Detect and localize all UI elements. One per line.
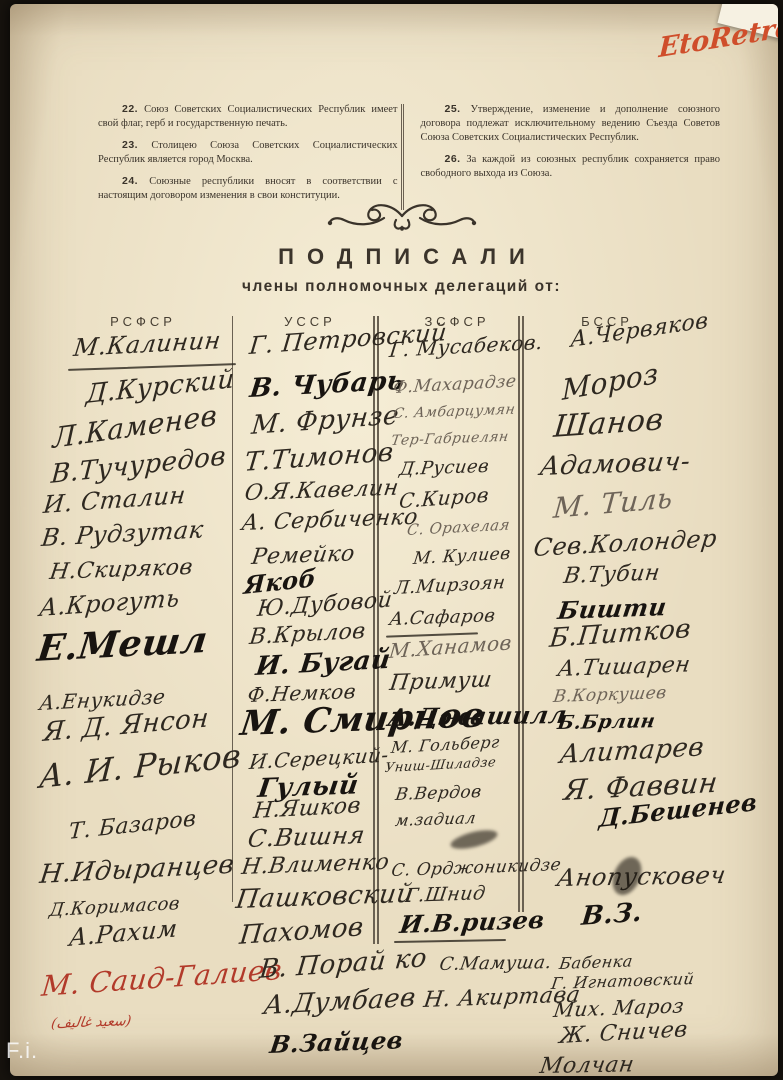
signature: Примуш	[388, 667, 494, 696]
column-divider-rule	[401, 104, 404, 210]
table-rule-right	[518, 316, 520, 912]
signature: Е.Мешл	[35, 619, 210, 670]
article-number: 26.	[445, 153, 461, 165]
signature: Адамович-	[538, 447, 692, 482]
article-number: 25.	[445, 103, 461, 115]
signature: В.З.	[580, 897, 644, 932]
signature: Анопусковеч	[555, 861, 728, 892]
signature: М. Тиль	[552, 481, 674, 525]
articles-left-column: 22. Союз Советских Социалистических Респ…	[98, 102, 398, 210]
signature: М. Саид-Галиев	[40, 953, 284, 1003]
signature: С. Орахелая	[406, 515, 511, 539]
signature: Г. Игнатовский	[550, 969, 696, 993]
signature: В.Зайцев	[268, 1025, 405, 1059]
signature: А.Думбаев	[262, 983, 418, 1021]
signature: С. Орджоникидзе	[390, 855, 563, 881]
signature: С.Вишня	[246, 821, 367, 853]
article-text: Союз Советских Социалистических Республи…	[98, 104, 398, 129]
signature: А.Тишарен	[556, 652, 692, 682]
signature: А.Сафаров	[388, 605, 497, 630]
article-paragraph: 26. За каждой из союзных республик сохра…	[421, 152, 721, 181]
signature: А.Рахим	[68, 914, 179, 952]
signature: (سعيد غاليف)	[50, 1013, 132, 1032]
signature: м.задиал	[394, 808, 477, 830]
signature: Тер-Габриелян	[390, 429, 510, 449]
signature: Б.Брлин	[556, 710, 657, 734]
article-paragraph: 25. Утверждение, изменение и дополнение …	[421, 102, 721, 145]
signature: Н.Влименко	[240, 850, 391, 880]
signature: Ф.Махарадзе	[392, 371, 518, 398]
signature: Шанов	[552, 402, 665, 445]
article-paragraph: 22. Союз Советских Социалистических Респ…	[98, 102, 398, 131]
signature: Пашковский	[234, 879, 416, 915]
signature: А.Джашилл	[386, 700, 569, 732]
signature: В.Крылов	[248, 619, 367, 650]
signature: Н.Яшков	[252, 793, 362, 824]
signature: Молчан	[538, 1052, 636, 1076]
signature: Н.Скиряков	[48, 555, 195, 585]
signature: В.Коркушев	[552, 683, 668, 707]
signature: Униш-Шиладзе	[384, 755, 497, 776]
signature: М.Калинин	[72, 326, 223, 362]
column-header-зсфср: ЗСФСР	[424, 314, 489, 329]
signature: С.Мамуша.	[438, 952, 553, 975]
article-text: Утверждение, изменение и дополнение союз…	[421, 104, 721, 143]
signature: Н.Идыранцев	[38, 850, 236, 890]
signature: Г.Шнид	[404, 882, 487, 907]
signature: В. Чубарь	[248, 366, 406, 404]
corner-label: F.i.	[6, 1038, 38, 1064]
signature: С.Киров	[398, 482, 490, 513]
signed-heading: ПОДПИСАЛИ	[10, 244, 778, 270]
article-paragraph: 23. Столицею Союза Советских Социалистич…	[98, 138, 398, 167]
article-number: 24.	[122, 175, 138, 187]
signature: С. Амбарцумян	[392, 402, 516, 422]
signature: О.Я.Кавелин	[243, 475, 400, 506]
signature: Л.Мирзоян	[393, 572, 507, 599]
signature: В. Рудзутак	[40, 515, 205, 552]
article-number: 22.	[122, 103, 138, 115]
delegations-subheading: члены полномочных делегаций от:	[10, 278, 778, 296]
signature: И.Серецкий-	[248, 743, 390, 774]
document-page: 22. Союз Советских Социалистических Респ…	[10, 4, 778, 1076]
signature: И. Бугай	[254, 645, 392, 682]
signature: В.Тубин	[562, 561, 662, 589]
article-text: Столицею Союза Советских Социалистически…	[98, 140, 398, 165]
signature: Д.Русиев	[398, 456, 491, 480]
signature: Ж. Сничев	[558, 1017, 689, 1049]
signature: В. Порай ко	[258, 943, 429, 985]
signature: В.Вердов	[394, 782, 483, 805]
signature: Мороз	[562, 356, 659, 407]
signature: Т. Базаров	[68, 806, 197, 845]
table-rule-left	[232, 316, 233, 902]
articles-right-column: 25. Утверждение, изменение и дополнение …	[407, 102, 721, 210]
signature: А. Сербиченко	[240, 505, 420, 536]
signature: А.Крогуть	[38, 584, 181, 622]
column-header-рсфср: РСФСР	[110, 314, 176, 329]
pen-stroke	[394, 939, 506, 943]
ornament-flourish	[322, 196, 482, 236]
signature: И.В.ризев	[398, 905, 547, 939]
signature: М. Фрунзе	[250, 400, 400, 441]
signature: Бабенка	[558, 951, 634, 973]
signature: Алитарев	[558, 732, 706, 770]
articles-block: 22. Союз Советских Социалистических Респ…	[98, 102, 720, 210]
signature: М. Кулиев	[412, 544, 512, 569]
ink-blot	[449, 826, 499, 852]
signature: Пахомов	[238, 912, 365, 951]
article-number: 23.	[122, 139, 138, 151]
signature: Сев.Колондер	[532, 524, 719, 562]
article-text: За каждой из союзных республик сохраняет…	[421, 154, 721, 179]
